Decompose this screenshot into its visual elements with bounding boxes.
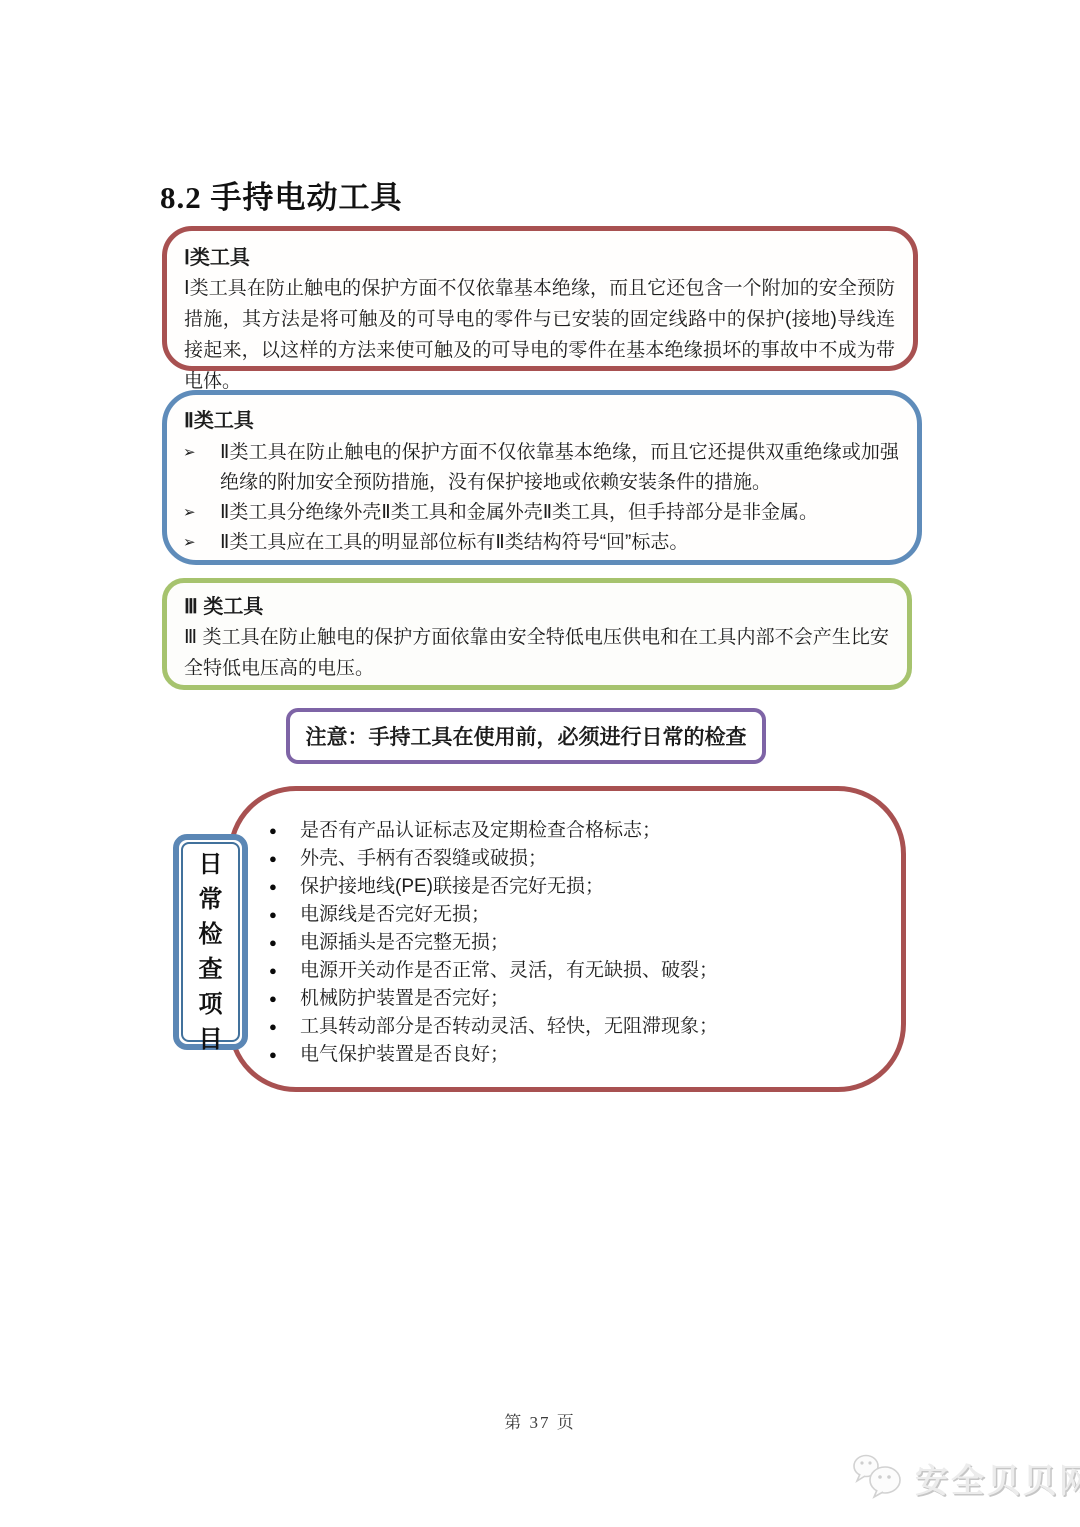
- daily-check-item-text: 外壳、手柄有否裂缝或破损；: [300, 848, 547, 869]
- daily-check-item: ● 工具转动部分是否转动灵活、轻快，无阻滞现象；: [267, 1013, 881, 1041]
- notice-text: 手持工具在使用前，必须进行日常的检查: [369, 721, 747, 751]
- daily-check-item-text: 是否有产品认证标志及定期检查合格标志；: [300, 820, 661, 841]
- site-watermark: 安全贝贝网: [851, 1450, 1080, 1507]
- arrow-bullet-icon: ➢: [183, 498, 196, 528]
- bullet-dot-icon: ●: [269, 957, 277, 985]
- side-label-char: 项: [199, 984, 223, 1019]
- daily-check-item-text: 工具转动部分是否转动灵活、轻快，无阻滞现象；: [300, 1016, 718, 1037]
- class1-tools-box: Ⅰ类工具 Ⅰ类工具在防止触电的保护方面不仅依靠基本绝缘，而且它还包含一个附加的安…: [162, 226, 918, 371]
- daily-check-side-label-inner: 日 常 检 查 项 目: [181, 842, 240, 1042]
- document-page: 8.2 手持电动工具 Ⅰ类工具 Ⅰ类工具在防止触电的保护方面不仅依靠基本绝缘，而…: [0, 0, 1080, 1527]
- daily-check-box: ● 是否有产品认证标志及定期检查合格标志； ● 外壳、手柄有否裂缝或破损； ● …: [228, 786, 906, 1092]
- class2-bullet-text: Ⅱ类工具在防止触电的保护方面不仅依靠基本绝缘，而且它还提供双重绝缘或加强绝缘的附…: [220, 442, 899, 493]
- daily-check-item: ● 电源插头是否完整无损；: [267, 929, 881, 957]
- side-label-char: 查: [199, 949, 223, 984]
- daily-check-item: ● 电源开关动作是否正常、灵活，有无缺损、破裂；: [267, 957, 881, 985]
- arrow-bullet-icon: ➢: [183, 438, 196, 468]
- daily-check-item: ● 是否有产品认证标志及定期检查合格标志；: [267, 817, 881, 845]
- daily-check-item: ● 外壳、手柄有否裂缝或破损；: [267, 845, 881, 873]
- daily-check-item-text: 机械防护装置是否完好；: [300, 988, 509, 1009]
- class2-bullet-item: ➢ Ⅱ类工具应在工具的明显部位标有Ⅱ类结构符号“回”标志。: [179, 528, 899, 558]
- bullet-dot-icon: ●: [269, 817, 277, 845]
- bullet-dot-icon: ●: [269, 929, 277, 957]
- side-label-char: 目: [199, 1019, 223, 1054]
- daily-check-item: ● 电气保护装置是否良好；: [267, 1041, 881, 1069]
- bullet-dot-icon: ●: [269, 1041, 277, 1069]
- class3-tools-box: Ⅲ 类工具 Ⅲ 类工具在防止触电的保护方面依靠由安全特低电压供电和在工具内部不会…: [162, 578, 912, 690]
- class3-header: Ⅲ 类工具: [184, 592, 889, 622]
- class1-body: Ⅰ类工具在防止触电的保护方面不仅依靠基本绝缘，而且它还包含一个附加的安全预防措施…: [184, 273, 895, 397]
- side-label-char: 检: [199, 914, 223, 949]
- daily-check-item-text: 电源开关动作是否正常、灵活，有无缺损、破裂；: [300, 960, 718, 981]
- bullet-dot-icon: ●: [269, 845, 277, 873]
- daily-check-item-text: 保护接地线(PE)联接是否完好无损；: [300, 876, 604, 897]
- bullet-dot-icon: ●: [269, 901, 277, 929]
- bullet-dot-icon: ●: [269, 985, 277, 1013]
- side-label-char: 常: [199, 879, 223, 914]
- daily-check-item-text: 电气保护装置是否良好；: [300, 1044, 509, 1065]
- daily-check-item-text: 电源线是否完好无损；: [300, 904, 490, 925]
- daily-check-side-label: 日 常 检 查 项 目: [173, 834, 248, 1050]
- daily-check-item: ● 机械防护装置是否完好；: [267, 985, 881, 1013]
- class2-bullet-list: ➢ Ⅱ类工具在防止触电的保护方面不仅依靠基本绝缘，而且它还提供双重绝缘或加强绝缘…: [179, 438, 899, 558]
- page-title: 8.2 手持电动工具: [160, 172, 403, 217]
- watermark-text: 安全贝贝网: [915, 1455, 1080, 1502]
- page-number: 第 37 页: [0, 1408, 1080, 1433]
- daily-check-list: ● 是否有产品认证标志及定期检查合格标志； ● 外壳、手柄有否裂缝或破损； ● …: [267, 817, 881, 1069]
- class3-body: Ⅲ 类工具在防止触电的保护方面依靠由安全特低电压供电和在工具内部不会产生比安全特…: [184, 622, 889, 684]
- class1-header: Ⅰ类工具: [184, 243, 895, 273]
- daily-check-item: ● 电源线是否完好无损；: [267, 901, 881, 929]
- bullet-dot-icon: ●: [269, 1013, 277, 1041]
- notice-label: 注意：: [306, 721, 369, 751]
- bullet-dot-icon: ●: [269, 873, 277, 901]
- daily-check-item-text: 电源插头是否完整无损；: [300, 932, 509, 953]
- notice-box: 注意：手持工具在使用前，必须进行日常的检查: [286, 708, 766, 764]
- daily-check-item: ● 保护接地线(PE)联接是否完好无损；: [267, 873, 881, 901]
- class2-bullet-item: ➢ Ⅱ类工具分绝缘外壳Ⅱ类工具和金属外壳Ⅱ类工具，但手持部分是非金属。: [179, 498, 899, 528]
- class2-bullet-item: ➢ Ⅱ类工具在防止触电的保护方面不仅依靠基本绝缘，而且它还提供双重绝缘或加强绝缘…: [179, 438, 899, 498]
- class2-tools-box: Ⅱ类工具 ➢ Ⅱ类工具在防止触电的保护方面不仅依靠基本绝缘，而且它还提供双重绝缘…: [162, 390, 922, 565]
- class2-bullet-text: Ⅱ类工具应在工具的明显部位标有Ⅱ类结构符号“回”标志。: [220, 532, 688, 553]
- arrow-bullet-icon: ➢: [183, 528, 196, 558]
- side-label-char: 日: [199, 844, 223, 879]
- wechat-bubbles-icon: [851, 1450, 907, 1507]
- class2-header: Ⅱ类工具: [179, 406, 899, 436]
- class2-bullet-text: Ⅱ类工具分绝缘外壳Ⅱ类工具和金属外壳Ⅱ类工具，但手持部分是非金属。: [220, 502, 818, 523]
